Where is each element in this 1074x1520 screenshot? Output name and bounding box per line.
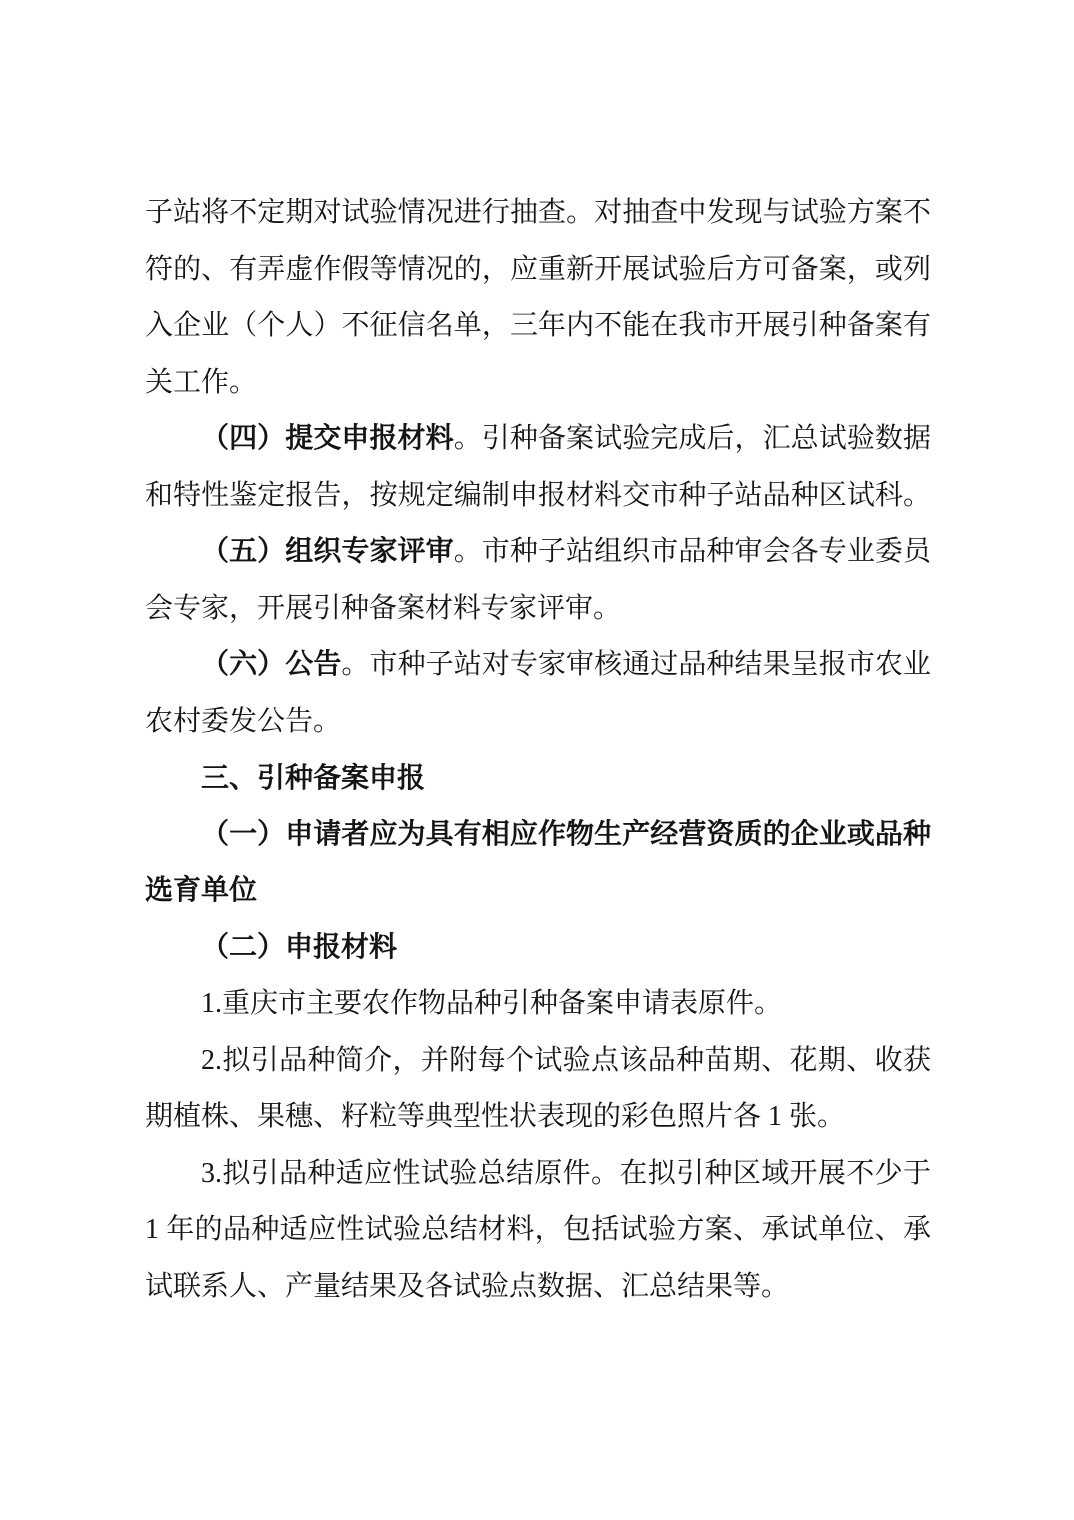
bold-text-run: 选育单位 — [145, 875, 257, 906]
bold-text-run: （六）公告 — [201, 649, 341, 680]
text-line: 农村委发公告。 — [145, 694, 931, 751]
body-paragraph: （六）公告。市种子站对专家审核通过品种结果呈报市农业农村委发公告。 — [145, 637, 931, 750]
text-run: 符的、有弄虚作假等情况的，应重新开展试验后方可备案，或列 — [145, 254, 931, 285]
body-paragraph: （四）提交申报材料。引种备案试验完成后，汇总试验数据和特性鉴定报告，按规定编制申… — [145, 411, 931, 524]
text-run: 3.拟引品种适应性试验总结原件。在拟引种区域开展不少于 — [201, 1158, 931, 1189]
document-text-body: 子站将不定期对试验情况进行抽查。对抽查中发现与试验方案不符的、有弄虚作假等情况的… — [145, 185, 931, 1315]
text-run: 入企业（个人）不征信名单，三年内不能在我市开展引种备案有 — [145, 310, 931, 341]
text-run: 1 年的品种适应性试验总结材料，包括试验方案、承试单位、承 — [145, 1214, 931, 1245]
text-run: 期植株、果穗、籽粒等典型性状表现的彩色照片各 1 张。 — [145, 1101, 845, 1132]
text-line: 2.拟引品种简介，并附每个试验点该品种苗期、花期、收获 — [145, 1033, 931, 1090]
document-page: 子站将不定期对试验情况进行抽查。对抽查中发现与试验方案不符的、有弄虚作假等情况的… — [0, 0, 1074, 1520]
section-heading-line: 三、引种备案申报 — [145, 750, 931, 807]
text-line: 试联系人、产量结果及各试验点数据、汇总结果等。 — [145, 1259, 931, 1316]
body-paragraph: 3.拟引品种适应性试验总结原件。在拟引种区域开展不少于1 年的品种适应性试验总结… — [145, 1146, 931, 1316]
text-run: 会专家，开展引种备案材料专家评审。 — [145, 593, 621, 624]
body-paragraph: 1.重庆市主要农作物品种引种备案申请表原件。 — [145, 976, 931, 1033]
text-line: 3.拟引品种适应性试验总结原件。在拟引种区域开展不少于 — [145, 1146, 931, 1203]
body-paragraph: （一）申请者应为具有相应作物生产经营资质的企业或品种选育单位 — [145, 807, 931, 920]
text-line: （六）公告。市种子站对专家审核通过品种结果呈报市农业 — [145, 637, 931, 694]
text-line: 入企业（个人）不征信名单，三年内不能在我市开展引种备案有 — [145, 298, 931, 355]
text-run: 1.重庆市主要农作物品种引种备案申请表原件。 — [201, 988, 782, 1019]
bold-text-run: （五）组织专家评审 — [201, 536, 454, 567]
text-line: （一）申请者应为具有相应作物生产经营资质的企业或品种 — [145, 807, 931, 864]
text-line: 期植株、果穗、籽粒等典型性状表现的彩色照片各 1 张。 — [145, 1089, 931, 1146]
body-paragraph: （五）组织专家评审。市种子站组织市品种审会各专业委员会专家，开展引种备案材料专家… — [145, 524, 931, 637]
text-line: 子站将不定期对试验情况进行抽查。对抽查中发现与试验方案不 — [145, 185, 931, 242]
text-line: （五）组织专家评审。市种子站组织市品种审会各专业委员 — [145, 524, 931, 581]
text-line: 会专家，开展引种备案材料专家评审。 — [145, 581, 931, 638]
body-paragraph: （二）申报材料 — [145, 920, 931, 977]
text-run: 和特性鉴定报告，按规定编制申报材料交市种子站品种区试科。 — [145, 480, 931, 511]
text-line: 1 年的品种适应性试验总结材料，包括试验方案、承试单位、承 — [145, 1202, 931, 1259]
text-line: 1.重庆市主要农作物品种引种备案申请表原件。 — [145, 976, 931, 1033]
text-run: 试联系人、产量结果及各试验点数据、汇总结果等。 — [145, 1271, 789, 1302]
text-run: 2.拟引品种简介，并附每个试验点该品种苗期、花期、收获 — [201, 1045, 931, 1076]
body-paragraph: 子站将不定期对试验情况进行抽查。对抽查中发现与试验方案不符的、有弄虚作假等情况的… — [145, 185, 931, 411]
body-paragraph: 2.拟引品种简介，并附每个试验点该品种苗期、花期、收获期植株、果穗、籽粒等典型性… — [145, 1033, 931, 1146]
bold-text-run: （二）申报材料 — [201, 932, 397, 963]
text-run: 子站将不定期对试验情况进行抽查。对抽查中发现与试验方案不 — [145, 197, 931, 228]
text-line: （二）申报材料 — [145, 920, 931, 977]
text-line: 关工作。 — [145, 355, 931, 412]
text-line: 选育单位 — [145, 863, 931, 920]
section-heading-paragraph: 三、引种备案申报 — [145, 750, 931, 807]
text-run: 关工作。 — [145, 367, 257, 398]
bold-text-run: 三、引种备案申报 — [201, 762, 425, 793]
text-line: 和特性鉴定报告，按规定编制申报材料交市种子站品种区试科。 — [145, 468, 931, 525]
bold-text-run: （四）提交申报材料 — [201, 423, 454, 454]
text-run: 。市种子站组织市品种审会各专业委员 — [454, 536, 931, 567]
text-line: 符的、有弄虚作假等情况的，应重新开展试验后方可备案，或列 — [145, 242, 931, 299]
text-run: 。引种备案试验完成后，汇总试验数据 — [454, 423, 931, 454]
text-line: （四）提交申报材料。引种备案试验完成后，汇总试验数据 — [145, 411, 931, 468]
text-run: 。市种子站对专家审核通过品种结果呈报市农业 — [341, 649, 931, 680]
text-run: 农村委发公告。 — [145, 706, 341, 737]
bold-text-run: （一）申请者应为具有相应作物生产经营资质的企业或品种 — [201, 819, 931, 850]
